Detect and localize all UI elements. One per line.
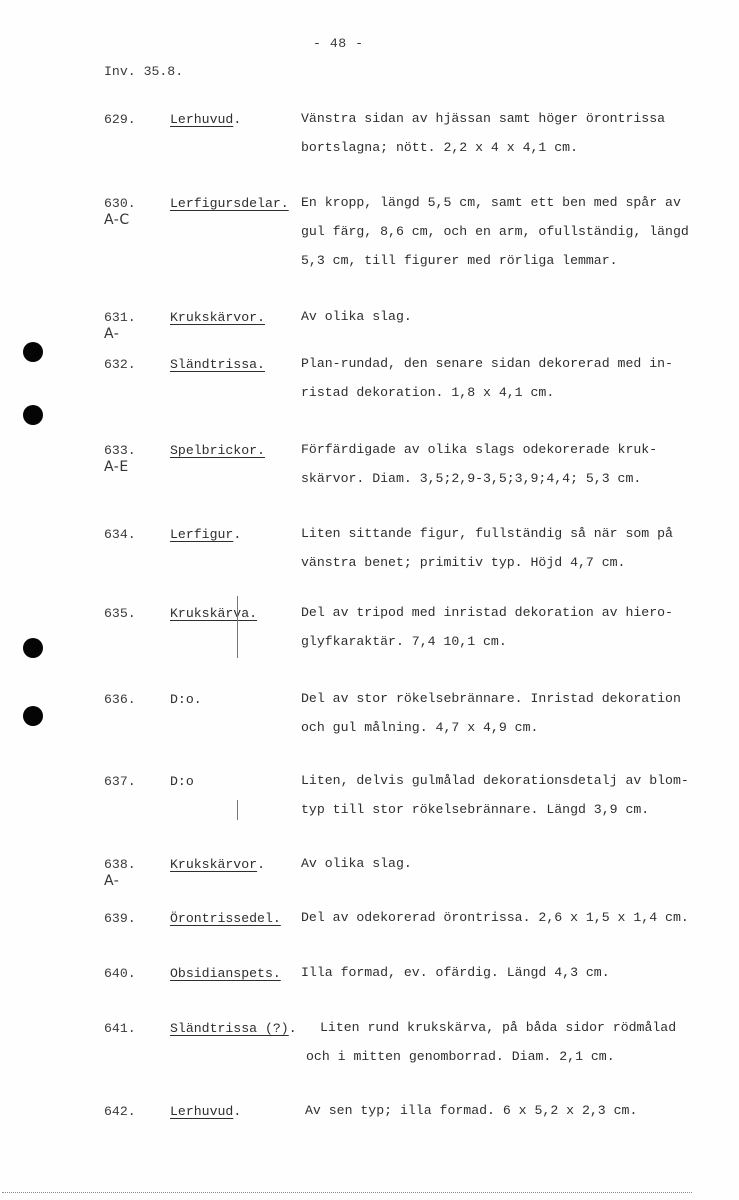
entry-name: Örontrissedel. <box>170 911 281 926</box>
punch-hole <box>23 706 43 726</box>
entry-name: Spelbrickor. <box>170 443 265 458</box>
entry-description: Del av tripod med inristad dekoration av… <box>301 598 673 656</box>
handwritten-annotation: A-C <box>104 212 130 228</box>
entry-number: 632. <box>104 357 136 372</box>
entry-description: Av olika slag. <box>301 849 412 878</box>
entry-number: 639. <box>104 911 136 926</box>
handwritten-annotation: A- <box>104 873 119 889</box>
entry-number: 631. <box>104 310 136 325</box>
entry-number: 640. <box>104 966 136 981</box>
entry-description: Illa formad, ev. ofärdig. Längd 4,3 cm. <box>301 958 610 987</box>
page-number: - 48 - <box>313 36 363 51</box>
entry-number: 638. <box>104 857 136 872</box>
entry-name: Krukskärvor. <box>170 857 265 872</box>
entry-number: 637. <box>104 774 136 789</box>
entry-name: Lerhuvud. <box>170 112 241 127</box>
punch-hole <box>23 405 43 425</box>
entry-description: Förfärdigade av olika slags odekorerade … <box>301 435 657 493</box>
inventory-reference: Inv. 35.8. <box>104 64 183 79</box>
pencil-mark <box>237 596 238 658</box>
entry-description: Del av odekorerad örontrissa. 2,6 x 1,5 … <box>301 903 689 932</box>
entry-number: 642. <box>104 1104 136 1119</box>
entry-number: 634. <box>104 527 136 542</box>
page-bottom-edge <box>2 1192 692 1193</box>
entry-number: 633. <box>104 443 136 458</box>
entry-number: 630. <box>104 196 136 211</box>
entry-name: D:o. <box>170 692 202 707</box>
pencil-mark <box>237 800 238 820</box>
entry-name: Lerhuvud. <box>170 1104 241 1119</box>
entry-name: Obsidianspets. <box>170 966 281 981</box>
handwritten-annotation: A-E <box>104 459 129 475</box>
entry-name: Krukskärvor. <box>170 310 265 325</box>
entry-description: Av sen typ; illa formad. 6 x 5,2 x 2,3 c… <box>305 1096 637 1125</box>
entry-number: 635. <box>104 606 136 621</box>
document-page: - 48 - Inv. 35.8. 629. Lerhuvud. Vänstra… <box>0 0 739 1200</box>
entry-description: Liten rund krukskärva, på båda sidor röd… <box>320 1013 676 1071</box>
punch-hole <box>23 342 43 362</box>
entry-description: Liten sittande figur, fullständig så när… <box>301 519 673 577</box>
entry-number: 629. <box>104 112 136 127</box>
entry-name: Sländtrissa (?). <box>170 1021 297 1036</box>
entry-description: En kropp, längd 5,5 cm, samt ett ben med… <box>301 188 689 275</box>
entry-number: 636. <box>104 692 136 707</box>
entry-number: 641. <box>104 1021 136 1036</box>
entry-name: Sländtrissa. <box>170 357 265 372</box>
entry-description: Liten, delvis gulmålad dekorationsdetalj… <box>301 766 689 824</box>
entry-description: Plan-rundad, den senare sidan dekorerad … <box>301 349 673 407</box>
handwritten-annotation: A- <box>104 326 119 342</box>
punch-hole <box>23 638 43 658</box>
entry-description: Vänstra sidan av hjässan samt höger öron… <box>301 104 665 162</box>
entry-name: D:o <box>170 774 194 789</box>
entry-description: Av olika slag. <box>301 302 412 331</box>
entry-name: Lerfigur. <box>170 527 241 542</box>
entry-description: Del av stor rökelsebrännare. Inristad de… <box>301 684 681 742</box>
entry-name: Krukskärva. <box>170 606 257 621</box>
entry-name: Lerfigursdelar. <box>170 196 289 211</box>
